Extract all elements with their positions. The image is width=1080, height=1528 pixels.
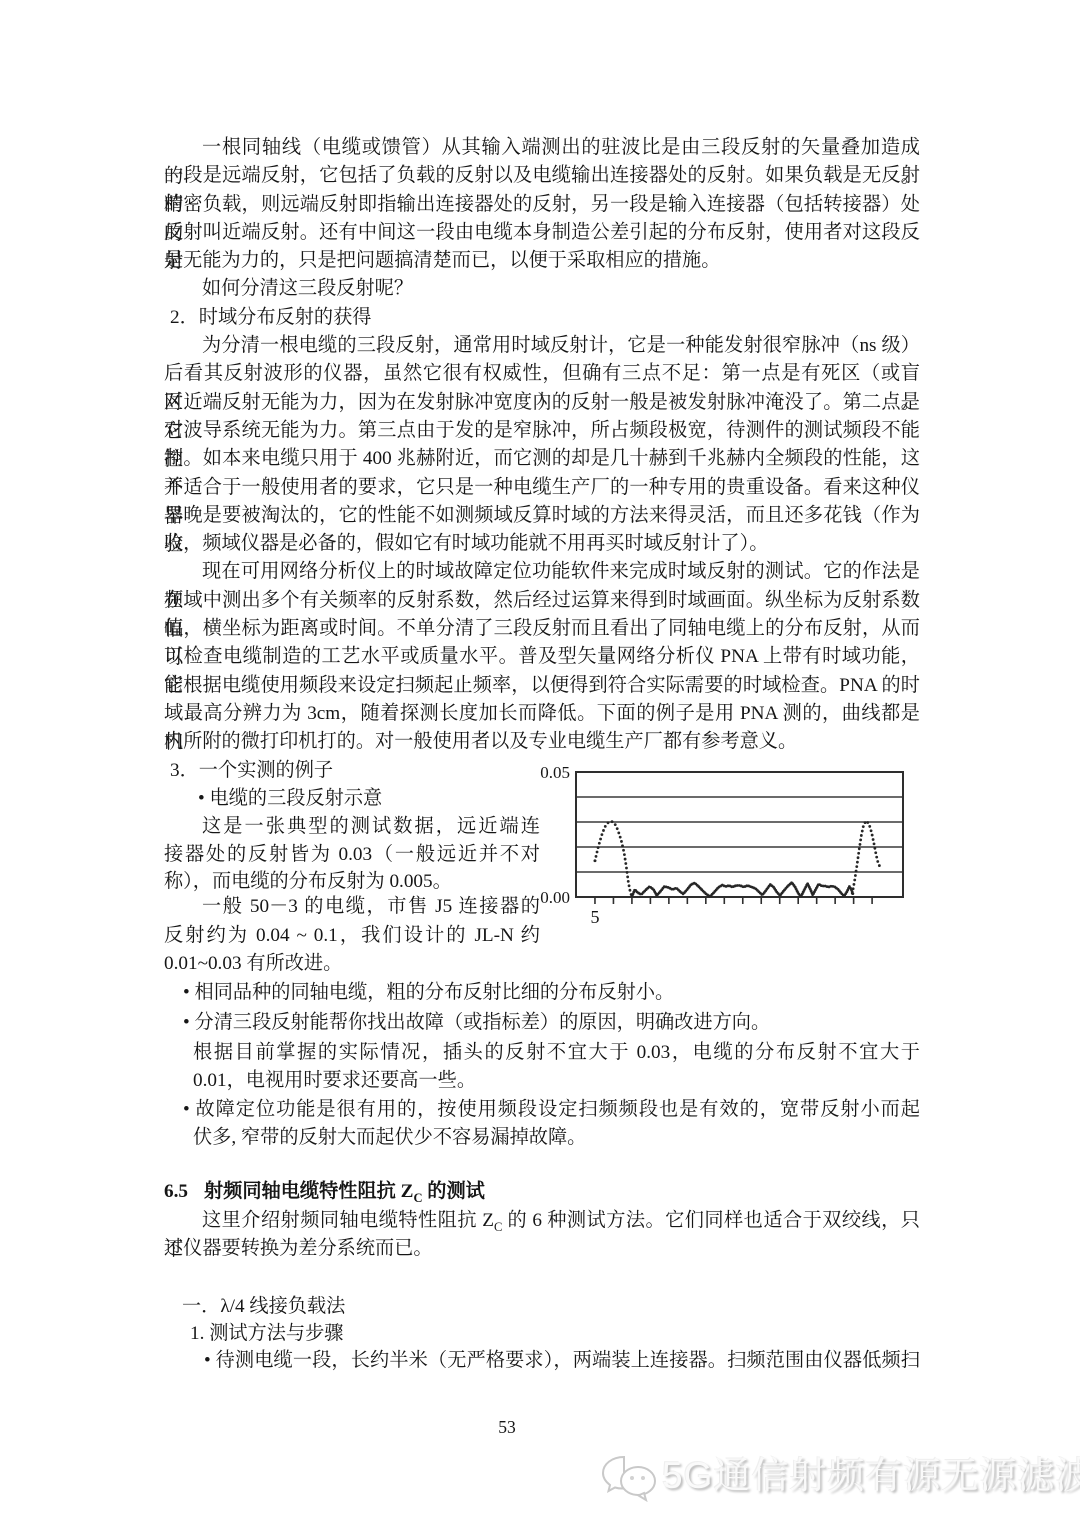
paragraph-line: 对近端反射无能为力，因为在发射脉冲宽度内的反射一般是被发射脉冲淹没了。第二点是它: [164, 388, 920, 417]
paragraph-line: 制。如本来电缆只用于 400 兆赫附近，而它测的却是几十赫到千兆赫内全频段的性能…: [164, 444, 920, 473]
svg-text:0.05: 0.05: [540, 764, 570, 782]
bullet-continuation-line: 0.01，电视用时要求还要高一些。: [164, 1066, 920, 1095]
bullet-line: • 待测电缆一段，长约半米（无严格要求），两端装上连接器。扫频范围由仪器低频扫: [164, 1346, 920, 1375]
step-heading: 1. 测试方法与步骤: [164, 1319, 920, 1348]
bullet-line: • 相同品种的同轴电缆，粗的分布反射比细的分布反射小。: [164, 978, 920, 1007]
paragraph-line: 现在可用网络分析仪上的时域故障定位功能软件来完成时域反射的测试。它的作法是在: [164, 557, 920, 586]
paragraph-line: 过仪器要转换为差分系统而已。: [164, 1234, 920, 1263]
paragraph-line: 这里介绍射频同轴电缆特性阻抗 ZC 的 6 种测试方法。它们同样也适合于双绞线，…: [164, 1206, 920, 1235]
page-number: 53: [0, 1413, 1014, 1441]
zc-symbol: Z: [401, 1181, 414, 1202]
paragraph-line: 对波导系统无能为力。第三点由于发的是窄脉冲，所占频段极宽，待测件的测试频段不能控: [164, 416, 920, 445]
svg-text:5: 5: [590, 907, 599, 927]
column-line: 接器处的反射皆为 0.03（一般远近并不对: [164, 840, 540, 869]
paragraph-line: 频域中测出多个有关频率的反射系数，然后经过运算来得到时域画面。纵坐标为反射系数幅: [164, 586, 920, 615]
paragraph-line: 如何分清这三段反射呢？: [164, 274, 920, 303]
tdr-chart-svg: 50.050.00: [536, 764, 948, 930]
bullet-line: • 电缆的三段反射示意: [164, 784, 574, 813]
paragraph-line: 一根同轴线（电缆或馈管）从其输入端测出的驻波比是由三段反射的矢量叠加造成的。: [164, 133, 920, 162]
bullet-continuation-line: 根据目前掌握的实际情况，插头的反射不宜大于 0.03，电缆的分布反射不宜大于: [164, 1038, 920, 1067]
paragraph-line: 为分清一根电缆的三段反射，通常用时域反射计，它是一种能发射很窄脉冲（ns 级）: [164, 331, 920, 360]
column-line: 一般 50－3 的电缆，市售 J5 连接器的: [164, 892, 540, 921]
section-title-pre: 射频同轴电缆特性阻抗: [204, 1181, 401, 1202]
paragraph-line: 收，频域仪器是必备的，假如它有时域功能就不用再买时域反射计了）。: [164, 529, 920, 558]
paragraph-line: 一段是远端反射，它包括了负载的反射以及电缆输出连接器处的反射。如果负载是无反射的: [164, 161, 920, 190]
paragraph-line: 能根据电缆使用频段来设定扫频起止频率，以便得到符合实际需要的时域检查。PNA 的…: [164, 671, 920, 700]
tdr-reflection-chart: 50.050.00: [536, 764, 948, 930]
section-heading-6-5: 6.5射频同轴电缆特性阻抗 ZC 的测试: [164, 1177, 920, 1206]
paragraph-line: 以检查电缆制造的工艺水平或质量水平。普及型矢量网络分析仪 PNA 上带有时域功能…: [164, 642, 920, 671]
section-title-post: 的测试: [423, 1181, 485, 1202]
paragraph-line: 反射叫近端反射。还有中间这一段由电缆本身制造公差引起的分布反射，使用者对这段反射: [164, 218, 920, 247]
column-line: 这是一张典型的测试数据，远近端连: [164, 812, 540, 841]
paragraph-line: 不适合于一般使用者的要求，它只是一种电缆生产厂的一种专用的贵重设备。看来这种仪器: [164, 473, 920, 502]
bullet-continuation-line: 伏多, 窄带的反射大而起伏少不容易漏掉故障。: [164, 1123, 920, 1152]
watermark: 5G通信射频有源无源滤波器天线: [600, 1448, 1070, 1504]
document-page: { "content": { "l01": "一根同轴线（电缆或馈管）从其输入端…: [0, 0, 1080, 1528]
watermark-text: 5G通信射频有源无源滤波器天线: [662, 1450, 1080, 1502]
subheading-time-domain: 2．时域分布反射的获得: [164, 303, 920, 332]
column-line: 反射约为 0.04 ~ 0.1，我们设计的 JL-N 约: [164, 921, 540, 950]
bullet-line: • 分清三段反射能帮你找出故障（或指标差）的原因，明确改进方向。: [164, 1008, 920, 1037]
zc-symbol: Z: [482, 1210, 494, 1231]
section-number: 6.5: [164, 1181, 188, 1202]
column-line: 0.01~0.03 有所改进。: [164, 949, 540, 978]
zc-subscript: C: [413, 1191, 422, 1205]
svg-text:0.00: 0.00: [540, 888, 570, 907]
paragraph-line: 值，横坐标为距离或时间。不单分清了三段反射而且看出了同轴电缆上的分布反射，从而可: [164, 614, 920, 643]
wechat-icon: [600, 1454, 658, 1502]
bullet-line: • 故障定位功能是很有用的，按使用频段设定扫频频段也是有效的，宽带反射小而起: [164, 1095, 920, 1124]
paragraph-line: 是无能为力的，只是把问题搞清楚而已，以便于采取相应的措施。: [164, 246, 920, 275]
paragraph-line: 域最高分辨力为 3cm，随着探测长度加长而降低。下面的例子是用 PNA 测的，曲…: [164, 699, 920, 728]
method-heading: 一．λ/4 线接负载法: [164, 1292, 920, 1321]
paragraph-line: 精密负载，则远端反射即指输出连接器处的反射，另一段是输入连接器（包括转接器）处的: [164, 190, 920, 219]
paragraph-line: 早晚是要被淘汰的，它的性能不如测频域反算时域的方法来得灵活，而且还多花钱（作为验: [164, 501, 920, 530]
paragraph-line: 后看其反射波形的仪器，虽然它很有权威性，但确有三点不足：第一点是有死区（或盲区）…: [164, 359, 920, 388]
paragraph-line: 内所附的微打印机打的。对一般使用者以及专业电缆生产厂都有参考意义。: [164, 727, 920, 756]
